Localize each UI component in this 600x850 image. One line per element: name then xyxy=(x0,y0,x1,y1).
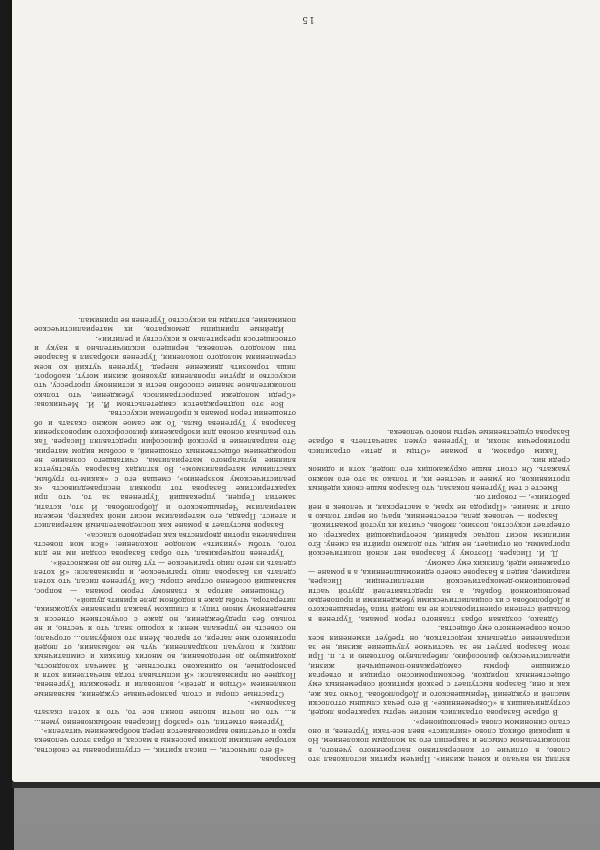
paragraph: Д. И. Писарев. Поэтому у Базарова нет яс… xyxy=(308,521,570,558)
paragraph: Базаров — человек дела, естественник, вр… xyxy=(308,493,570,521)
paragraph: В образе Базарова отразились многие черт… xyxy=(308,624,570,717)
paragraph: Базаров выступает в романе как последова… xyxy=(34,409,296,530)
paragraph: Тургенев подчеркивал, что образ Базарова… xyxy=(34,530,296,558)
paragraph: Таким образом, в романе «Отцы и дети» от… xyxy=(308,428,570,456)
book-page: взгляд на начало и конец жизни». Причем … xyxy=(12,0,600,782)
paragraph: Вместе с тем Тургенев показал, что Базар… xyxy=(308,456,570,493)
paragraph: Идейные принципы демократов, их материал… xyxy=(34,316,296,335)
paragraph: Страстные споры и столь разноречивые суж… xyxy=(34,596,296,699)
paragraph: Тургенев отметил, что «разбор Писарева н… xyxy=(34,699,296,727)
paragraph: Однако, создавая образ главного героя ро… xyxy=(308,558,570,623)
paragraph: Все это подтверждается свидетельством И.… xyxy=(34,334,296,409)
paragraph: взгляд на начало и конец жизни». Причем … xyxy=(308,717,570,764)
scan-speck xyxy=(104,405,107,408)
page-shadow xyxy=(12,782,600,788)
paragraph: «В его личности, — писал критик, — сгруп… xyxy=(34,727,296,755)
page-number: 15 xyxy=(12,14,600,24)
paragraph: Отношение автора к главному герою романа… xyxy=(34,558,296,595)
paragraph: Базарова. xyxy=(34,755,296,764)
text-column-right: Базарова.«В его личности, — писал критик… xyxy=(34,316,296,765)
text-column-left: взгляд на начало и конец жизни». Причем … xyxy=(308,428,570,764)
